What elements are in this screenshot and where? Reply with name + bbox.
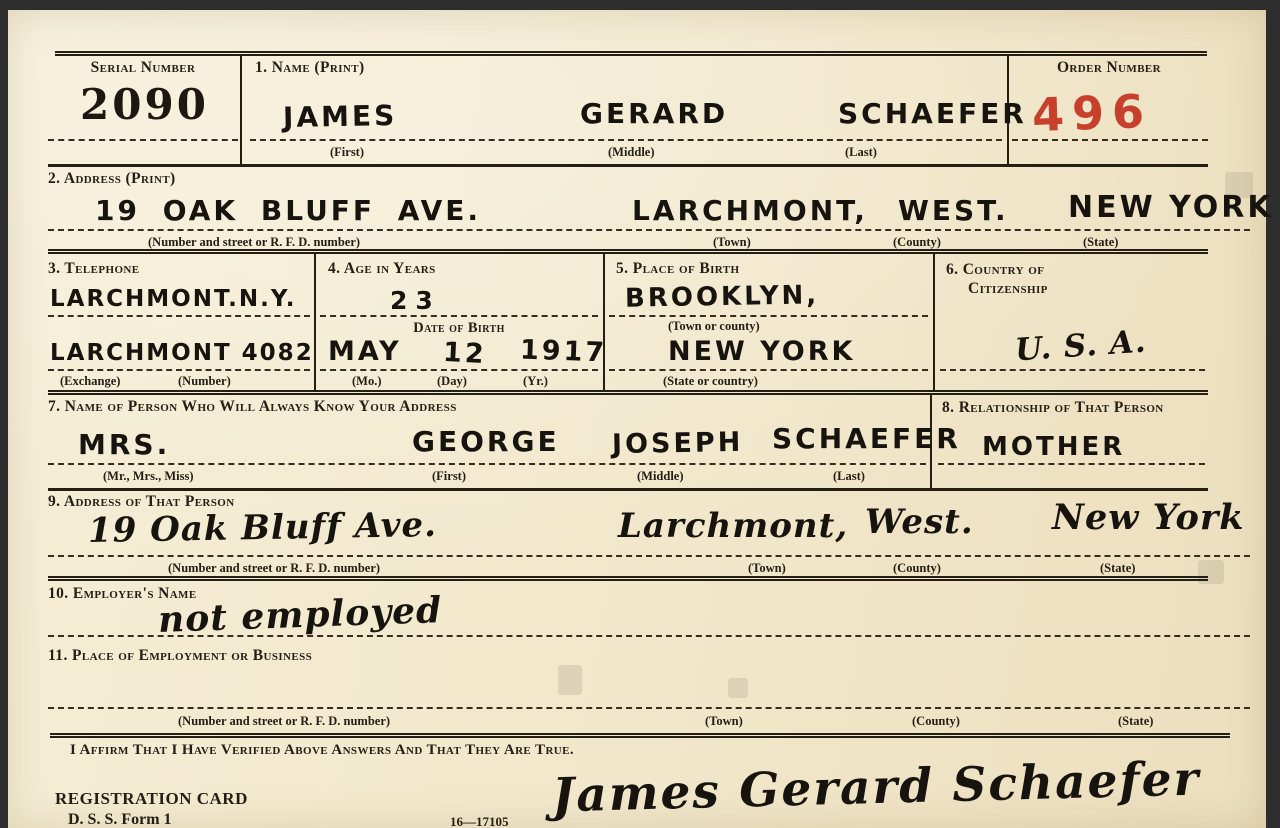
order-number-value: 496 xyxy=(1031,84,1153,142)
county-sublabel: (County) xyxy=(893,235,941,250)
contact-middle-value: JOSEPH xyxy=(612,427,744,460)
first-sublabel: (First) xyxy=(330,145,364,160)
form-number: 16—17105 xyxy=(450,814,509,828)
writing-line xyxy=(48,555,1250,557)
writing-line xyxy=(48,463,926,465)
writing-line xyxy=(320,369,598,371)
contact-person-label: 7. Name of Person Who Will Always Know Y… xyxy=(48,398,457,416)
address-county-value: WEST. xyxy=(898,194,1009,227)
telephone-number-value: LARCHMONT 4082 xyxy=(50,340,314,366)
state-sublabel: (State) xyxy=(1083,235,1118,250)
order-number-label: Order Number xyxy=(1010,59,1208,77)
writing-line xyxy=(940,369,1205,371)
age-field-label: 4. Age in Years xyxy=(328,260,436,278)
contact-address-state-value: New York xyxy=(1052,497,1245,538)
column-divider xyxy=(603,254,605,391)
address-town-value: LARCHMONT, xyxy=(632,194,868,227)
writing-line xyxy=(48,707,1250,709)
contact-first-value: GEORGE xyxy=(412,425,560,458)
town-sublabel: (Town) xyxy=(705,714,743,729)
name-field-label: 1. Name (Print) xyxy=(255,59,365,77)
last-sublabel: (Last) xyxy=(833,469,865,484)
form-name: D. S. S. Form 1 xyxy=(68,811,172,828)
employment-field-label: 11. Place of Employment or Business xyxy=(48,647,312,665)
scan-artifact xyxy=(728,678,748,698)
form-title: REGISTRATION CARD xyxy=(55,789,248,809)
state-or-country-sublabel: (State or country) xyxy=(663,374,758,389)
contact-address-town-value: Larchmont, xyxy=(618,506,848,546)
middle-sublabel: (Middle) xyxy=(608,145,655,160)
serial-number-value: 2090 xyxy=(62,80,227,129)
town-or-county-sublabel: (Town or county) xyxy=(668,319,760,334)
age-value: 23 xyxy=(390,286,441,315)
town-sublabel: (Town) xyxy=(748,561,786,576)
place-of-birth-label: 5. Place of Birth xyxy=(616,260,739,278)
writing-line xyxy=(320,315,598,317)
name-first-value: JAMES xyxy=(283,99,398,134)
writing-line xyxy=(48,369,310,371)
relationship-value: MOTHER xyxy=(982,432,1125,462)
row5-rule xyxy=(48,576,1208,581)
serial-number-label: Serial Number xyxy=(48,59,238,77)
telephone-field-label: 3. Telephone xyxy=(48,260,139,278)
middle-sublabel: (Middle) xyxy=(637,469,684,484)
affirmation-text: I Affirm That I Have Verified Above Answ… xyxy=(70,742,574,759)
first-sublabel: (First) xyxy=(432,469,466,484)
contact-address-street-value: 19 Oak Bluff Ave. xyxy=(88,505,438,551)
year-sublabel: (Yr.) xyxy=(523,374,548,389)
contact-salutation-value: MRS. xyxy=(78,428,170,461)
state-sublabel: (State) xyxy=(1100,561,1135,576)
birth-year-value: 1917 xyxy=(519,334,607,368)
telephone-exchange-value: LARCHMONT.N.Y. xyxy=(50,286,297,312)
writing-line xyxy=(609,369,928,371)
county-sublabel: (County) xyxy=(893,561,941,576)
exchange-sublabel: (Exchange) xyxy=(60,374,120,389)
number-sublabel: (Number) xyxy=(178,374,231,389)
writing-line xyxy=(938,463,1205,465)
address-field-label: 2. Address (Print) xyxy=(48,170,176,188)
top-rule xyxy=(55,51,1207,56)
birth-town-value: BROOKLYN, xyxy=(625,280,820,313)
scan-artifact xyxy=(558,665,582,695)
number-street-sublabel: (Number and street or R. F. D. number) xyxy=(178,714,390,729)
name-last-value: SCHAEFER xyxy=(838,97,1027,130)
row1-rule xyxy=(48,164,1208,167)
address-street-value: 19 OAK BLUFF AVE. xyxy=(95,194,481,227)
town-sublabel: (Town) xyxy=(713,235,751,250)
row3-rule xyxy=(48,390,1208,395)
name-middle-value: GERARD xyxy=(580,97,728,130)
birth-month-value: MAY xyxy=(328,336,402,367)
writing-line xyxy=(48,139,238,141)
relationship-field-label: 8. Relationship of That Person xyxy=(942,398,1177,417)
writing-line xyxy=(48,229,1250,231)
column-divider xyxy=(314,254,316,391)
contact-address-county-value: West. xyxy=(865,502,974,542)
row7-rule xyxy=(50,733,1230,738)
contact-last-value: SCHAEFER xyxy=(772,422,961,455)
birth-day-value: 12 xyxy=(442,337,487,370)
registration-card-scan: Serial Number 2090 1. Name (Print) JAMES… xyxy=(0,0,1280,828)
column-divider xyxy=(240,55,242,165)
row4-rule xyxy=(48,488,1208,491)
birth-state-value: NEW YORK xyxy=(668,336,855,367)
citizenship-field-label: 6. Country of Citizenship xyxy=(946,260,1096,299)
county-sublabel: (County) xyxy=(912,714,960,729)
number-street-sublabel: (Number and street or R. F. D. number) xyxy=(168,561,380,576)
date-of-birth-label: Date of Birth xyxy=(320,320,598,337)
last-sublabel: (Last) xyxy=(845,145,877,160)
month-sublabel: (Mo.) xyxy=(352,374,382,389)
day-sublabel: (Day) xyxy=(437,374,467,389)
writing-line xyxy=(48,315,310,317)
address-state-value: NEW YORK xyxy=(1068,190,1274,225)
column-divider xyxy=(933,254,935,391)
writing-line xyxy=(250,139,1002,141)
state-sublabel: (State) xyxy=(1118,714,1153,729)
writing-line xyxy=(609,315,928,317)
number-street-sublabel: (Number and street or R. F. D. number) xyxy=(148,235,360,250)
salutation-sublabel: (Mr., Mrs., Miss) xyxy=(103,469,194,484)
